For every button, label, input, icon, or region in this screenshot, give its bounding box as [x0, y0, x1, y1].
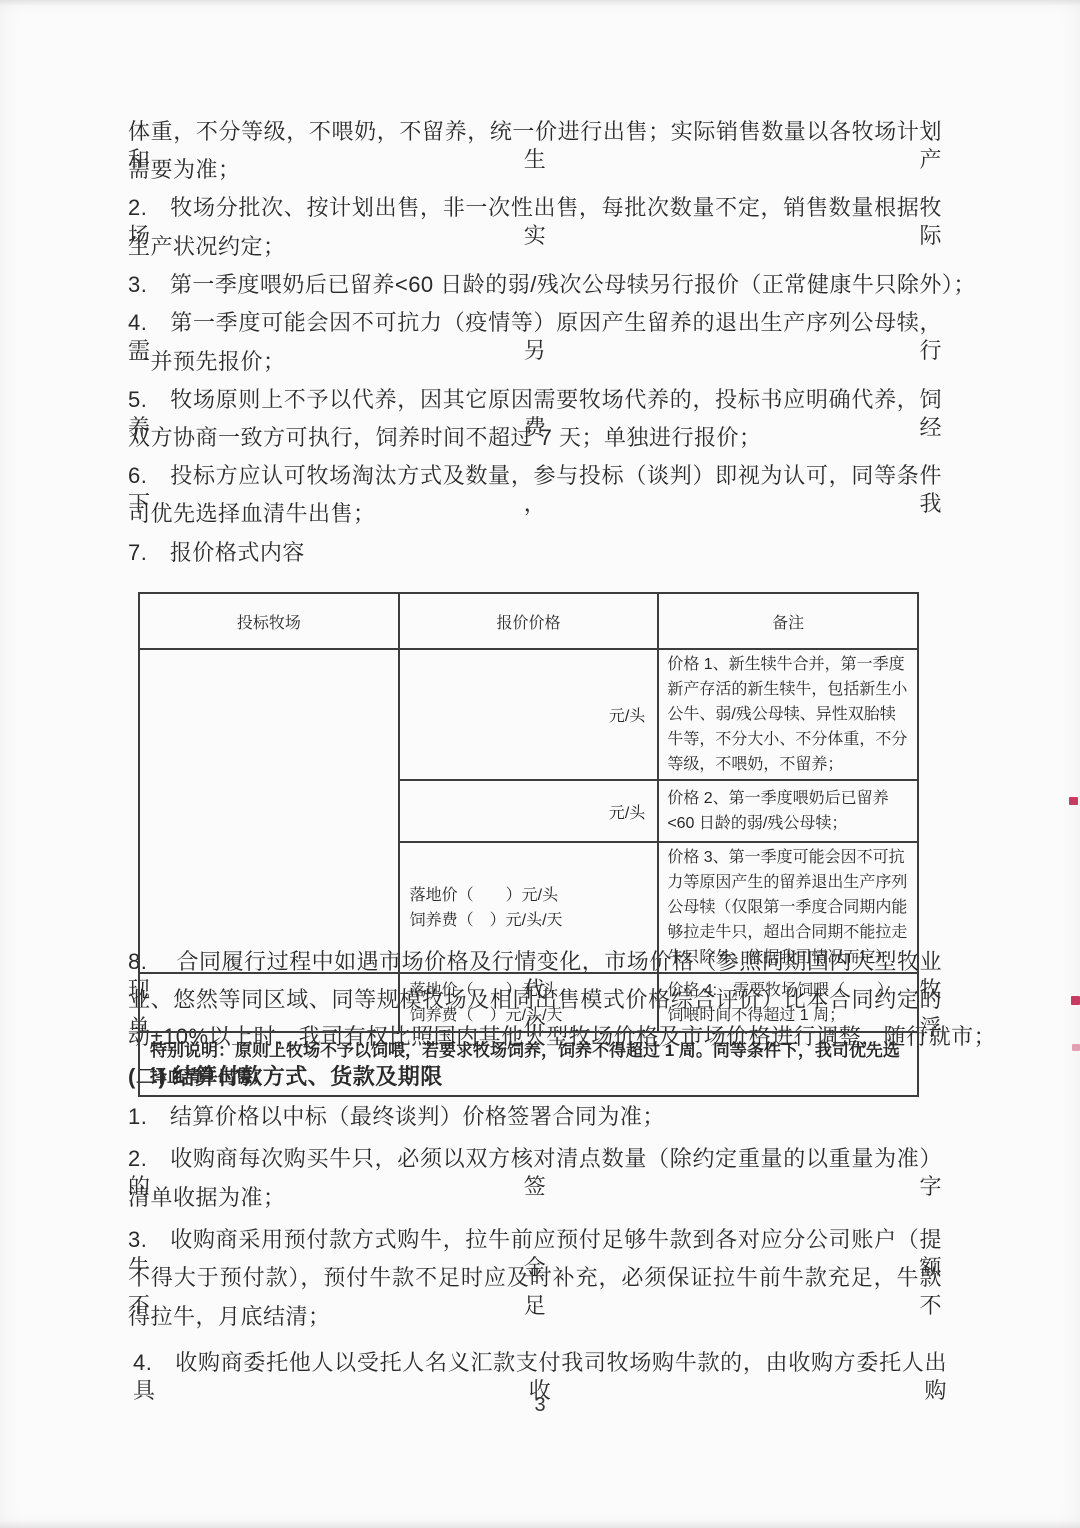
quote-format-table: 投标牧场 报价价格 备注 元/头 价格 1、新生犊牛合并，第一季度新产存活的新生… — [138, 592, 919, 1097]
table-row: 落地价（ ）元/头 饲养费（ ）元/头/天 价格 4: 需要牧场饲喂（ ）；饲喂… — [139, 973, 918, 1032]
text-line: 得拉牛，月底结清； — [128, 1303, 942, 1331]
remark-cell: 价格 3、第一季度可能会因不可抗力等原因产生的留养退出生产序列公母犊（仅限第一季… — [658, 842, 918, 973]
ink-mark — [1071, 996, 1080, 1005]
price-line: 饲养费（ ）元/头/天 — [410, 908, 650, 933]
special-note-row: 特别说明：原则上牧场不予以饲喂，若要求牧场饲养，饲养不得超过 1 周。同等条件下… — [139, 1032, 918, 1096]
price-cell: 元/头 — [399, 780, 659, 842]
remark-cell: 价格 2、第一季度喂奶后已留养<60 日龄的弱/残公母犊； — [658, 780, 918, 842]
price-line: 落地价（ ）元/头 — [410, 883, 650, 908]
text-line: 3. 第一季度喂奶后已留养<60 日龄的弱/残次公母犊另行报价（正常健康牛只除外… — [128, 271, 942, 299]
text-line: 1. 结算价格以中标（最终谈判）价格签署合同为准； — [128, 1103, 942, 1131]
column-header-price: 报价价格 — [399, 593, 659, 649]
ink-mark — [1069, 797, 1078, 805]
price-cell: 落地价（ ）元/头 饲养费（ ）元/头/天 — [399, 973, 659, 1032]
farm-cell — [139, 649, 399, 973]
text-line: 清单收据为准； — [128, 1184, 942, 1212]
text-line: 双方协商一致方可执行，饲养时间不超过 7 天；单独进行报价； — [128, 424, 942, 452]
farm-cell — [139, 973, 399, 1032]
remark-cell: 价格 1、新生犊牛合并，第一季度新产存活的新生犊牛，包括新生小公牛、弱/残公母犊… — [658, 649, 918, 780]
column-header-farm: 投标牧场 — [139, 593, 399, 649]
price-cell: 元/头 — [399, 649, 659, 780]
table-row: 元/头 价格 1、新生犊牛合并，第一季度新产存活的新生犊牛，包括新生小公牛、弱/… — [139, 649, 918, 780]
column-header-remark: 备注 — [658, 593, 918, 649]
text-line: 7. 报价格式内容 — [128, 539, 942, 567]
text-line: 一并预先报价； — [128, 348, 942, 376]
price-line: 落地价（ ）元/头 — [410, 978, 650, 1003]
remark-cell: 价格 4: 需要牧场饲喂（ ）；饲喂时间不得超过 1 周； — [658, 973, 918, 1032]
text-line: 司优先选择血清牛出售； — [128, 500, 942, 528]
page-number: 3 — [0, 1394, 1080, 1417]
table-header-row: 投标牧场 报价价格 备注 — [139, 593, 918, 649]
text-line: 生产状况约定； — [128, 233, 942, 261]
price-cell: 落地价（ ）元/头 饲养费（ ）元/头/天 — [399, 842, 659, 973]
special-note-cell: 特别说明：原则上牧场不予以饲喂，若要求牧场饲养，饲养不得超过 1 周。同等条件下… — [139, 1032, 918, 1096]
ink-mark — [1072, 1044, 1080, 1051]
price-line: 饲养费（ ）元/头/天 — [410, 1003, 650, 1028]
document-page: 体重，不分等级，不喂奶，不留养，统一价进行出售；实际销售数量以各牧场计划和生产需… — [0, 0, 1080, 1528]
text-line: 需要为准； — [128, 156, 942, 184]
